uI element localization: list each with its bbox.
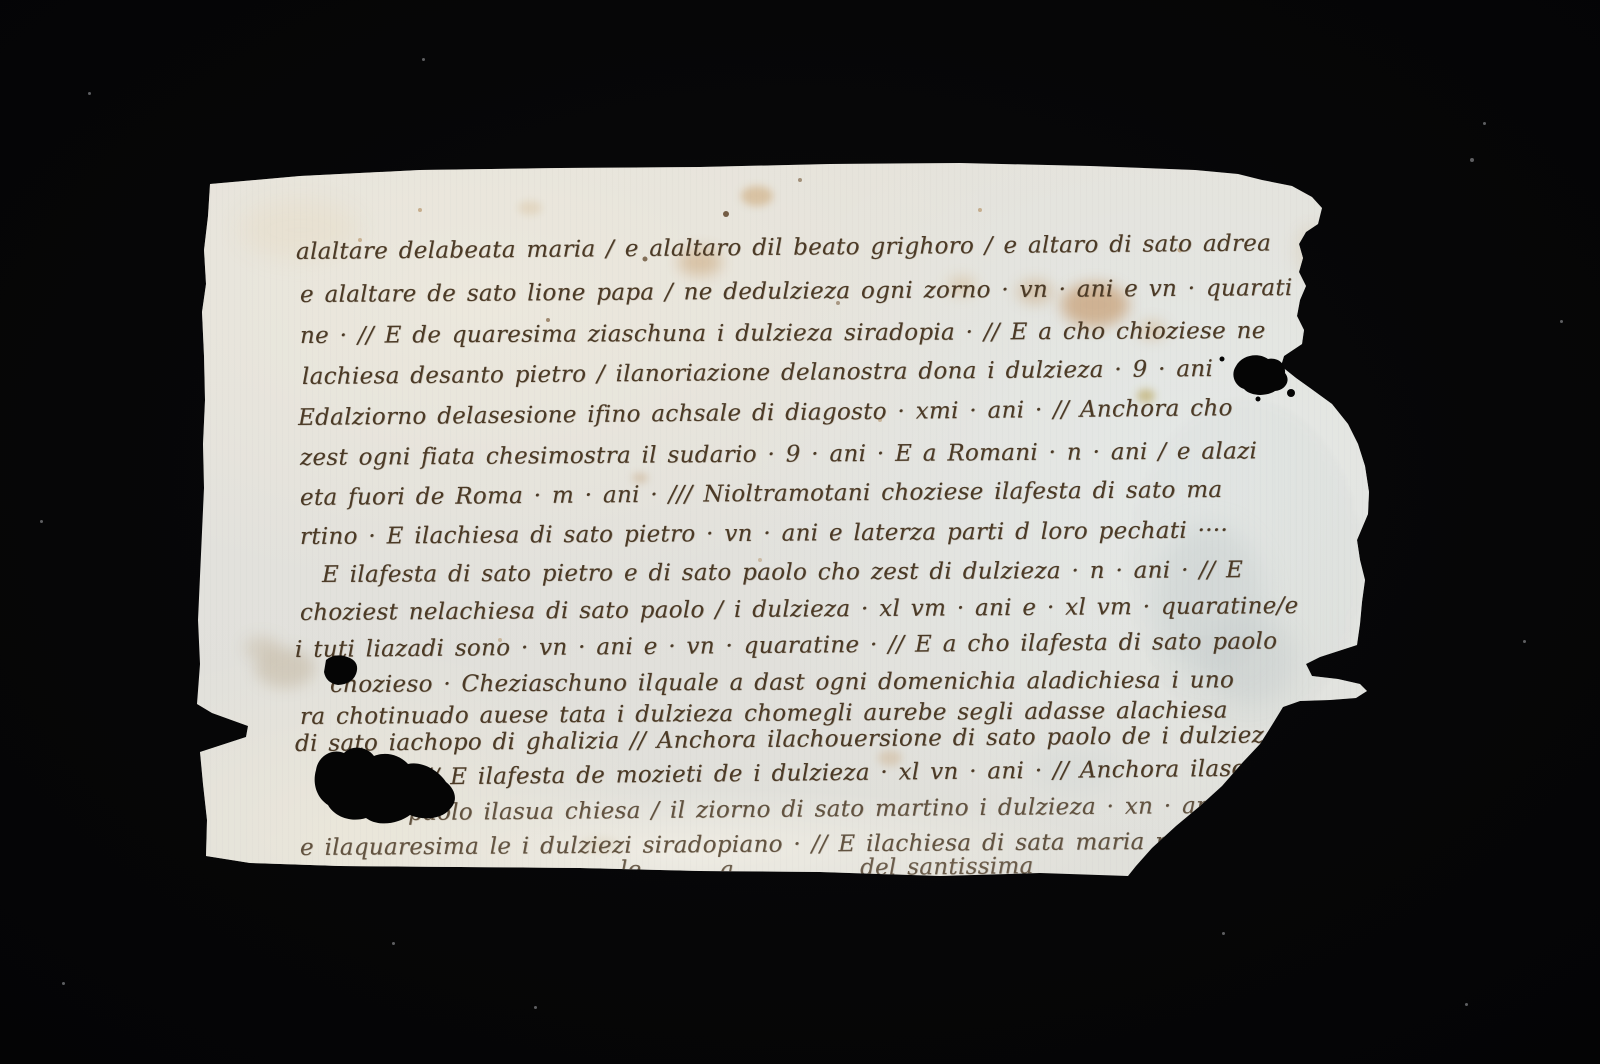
dust-speck bbox=[40, 520, 43, 523]
manuscript-line-fragment: a bbox=[720, 856, 734, 885]
manuscript-line: e ilaquaresima le i dulziezi siradopiano… bbox=[300, 828, 1206, 863]
manuscript-line: rtino · E ilachiesa di sato pietro · vn … bbox=[300, 517, 1228, 552]
manuscript-line: lachiesa desanto pietro / ilanoriazione … bbox=[302, 355, 1213, 392]
dust-speck bbox=[1222, 932, 1225, 935]
dust-speck bbox=[1560, 320, 1563, 323]
manuscript-line: ne · // E de quaresima ziaschuna i dulzi… bbox=[300, 317, 1266, 351]
manuscript-line: i tuti liazadi sono · vn · ani e · vn · … bbox=[295, 627, 1278, 664]
manuscript-line: alaltare delabeata maria / e alaltaro di… bbox=[296, 229, 1271, 266]
dust-speck bbox=[1483, 122, 1486, 125]
dust-speck bbox=[422, 58, 425, 61]
manuscript-line: ani: // E ilafesta de mozieti de i dulzi… bbox=[368, 755, 1272, 793]
manuscript-line: eta fuori de Roma · m · ani · /// Nioltr… bbox=[300, 476, 1223, 513]
manuscript-line-fragment: del santissima bbox=[860, 852, 1034, 883]
dust-speck bbox=[1470, 158, 1474, 162]
manuscript-line: paolo ilasua chiesa / il ziorno di sato … bbox=[408, 792, 1219, 828]
manuscript-line: e alaltare de sato lione papa / ne dedul… bbox=[300, 274, 1293, 310]
photo-background: alaltare delabeata maria / e alaltaro di… bbox=[0, 0, 1600, 1064]
manuscript-line: E ilafesta di sato pietro e di sato paol… bbox=[322, 556, 1243, 590]
dust-speck bbox=[62, 982, 65, 985]
manuscript-line: Edalziorno delasesione ifino achsale di … bbox=[298, 394, 1233, 433]
dust-speck bbox=[88, 92, 91, 95]
dust-speck bbox=[1465, 1003, 1468, 1006]
dust-speck bbox=[392, 942, 395, 945]
manuscript-line: chozieso · Cheziaschuno ilquale a dast o… bbox=[330, 666, 1234, 699]
manuscript-line: choziest nelachiesa di sato paolo / i du… bbox=[300, 592, 1299, 628]
manuscript-fragment: alaltare delabeata maria / e alaltaro di… bbox=[0, 0, 1600, 1064]
manuscript-text: alaltare delabeata maria / e alaltaro di… bbox=[0, 0, 1600, 1064]
dust-speck bbox=[534, 1006, 537, 1009]
dust-speck bbox=[1523, 640, 1526, 643]
manuscript-line-fragment: le bbox=[620, 856, 642, 885]
manuscript-line: zest ogni fiata chesimostra il sudario ·… bbox=[300, 437, 1257, 472]
